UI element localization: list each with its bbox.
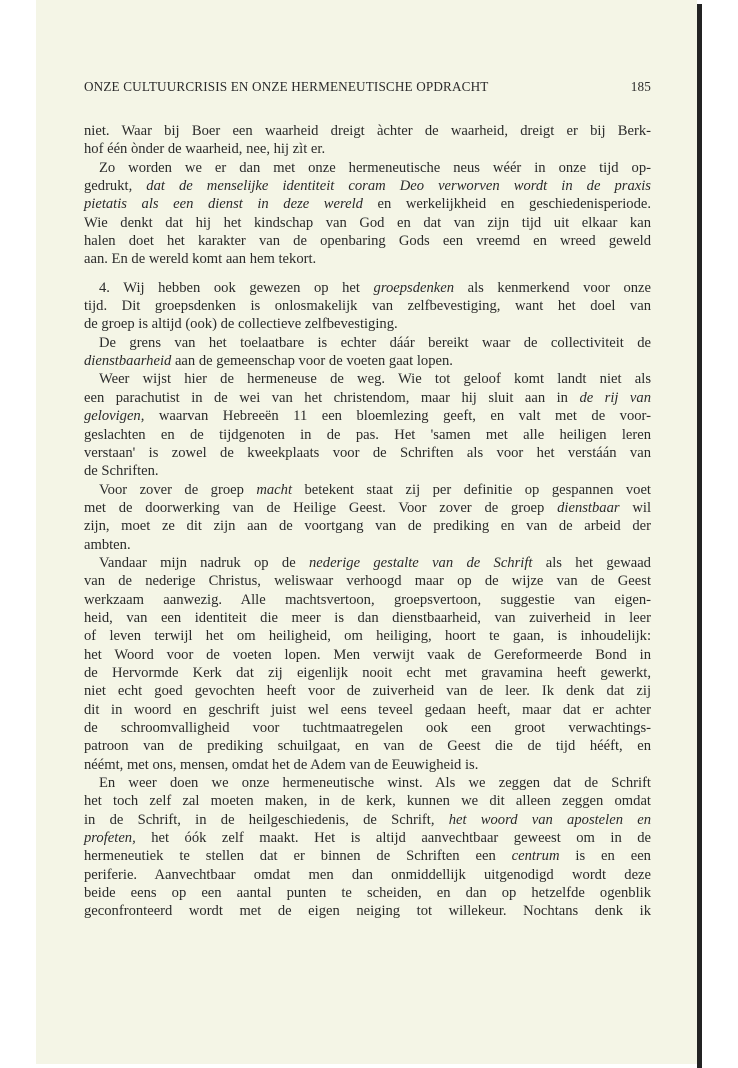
- text-line: aan. En de wereld komt aan hem tekort.: [84, 250, 651, 268]
- text-line: gedrukt, dat de menselijke identiteit co…: [84, 177, 651, 195]
- text-run: wil: [620, 500, 651, 516]
- text-run: Zo worden we er dan met onze hermeneutis…: [99, 160, 651, 176]
- text-run: waarvan Hebreeën 11 een bloemlezing geef…: [144, 408, 651, 424]
- text-run: het óók zelf maakt. Het is altijd aanvec…: [136, 830, 651, 846]
- text-line: zijn, moet ze dit zijn aan de voortgang …: [84, 517, 651, 535]
- text-run: en werkelijkheid en geschiedenisperiode.: [363, 196, 651, 212]
- text-run: niet echt goed gevochten heeft voor de z…: [84, 683, 651, 699]
- text-line: periferie. Aanvechtbaar omdat men dan on…: [84, 866, 651, 884]
- text-run: De grens van het toelaatbare is echter d…: [99, 335, 651, 351]
- text-line: hof één ònder de waarheid, nee, hij zìt …: [84, 140, 651, 158]
- text-run: met de doorwerking van de Heilige Geest.…: [84, 500, 557, 516]
- text-run: de groep is altijd (ook) de collectieve …: [84, 316, 398, 332]
- body-text: niet. Waar bij Boer een waarheid dreigt …: [84, 122, 651, 921]
- book-spine-edge: [697, 4, 702, 1068]
- text-line: dit in woord en geschrift juist wel eens…: [84, 701, 651, 719]
- text-line: Weer wijst hier de hermeneuse de weg. Wi…: [84, 370, 651, 388]
- italic-text: dat de menselijke identiteit coram Deo v…: [146, 178, 651, 194]
- text-line: ambten.: [84, 536, 651, 554]
- text-run: geslachten en de tijdgenoten in de pas. …: [84, 427, 651, 443]
- text-run: dit in woord en geschrift juist wel eens…: [84, 702, 651, 718]
- text-run: tijd. Dit groepsdenken is onlosmakelijk …: [84, 298, 651, 314]
- running-head: ONZE CULTUURCRISIS EN ONZE HERMENEUTISCH…: [84, 79, 651, 95]
- text-run: hermeneutiek te stellen dat er binnen de…: [84, 848, 512, 864]
- text-line: geslachten en de tijdgenoten in de pas. …: [84, 426, 651, 444]
- text-line: van de nederige Christus, weliswaar verh…: [84, 572, 651, 590]
- text-line: de Schriften.: [84, 462, 651, 480]
- text-run: hof één ònder de waarheid, nee, hij zìt …: [84, 141, 325, 157]
- text-line: Vandaar mijn nadruk op de nederige gesta…: [84, 554, 651, 572]
- text-run: En weer doen we onze hermeneutische wins…: [99, 775, 651, 791]
- text-run: 4. Wij hebben ook gewezen op het: [99, 280, 374, 296]
- text-run: periferie. Aanvechtbaar omdat men dan on…: [84, 867, 651, 883]
- text-line: Wie denkt dat hij het kindschap van God …: [84, 214, 651, 232]
- text-line: Zo worden we er dan met onze hermeneutis…: [84, 159, 651, 177]
- text-line: dienstbaarheid aan de gemeenschap voor d…: [84, 352, 651, 370]
- italic-text: gelovigen,: [84, 408, 144, 424]
- text-line: werkzaam aanwezig. Alle machtsvertoon, g…: [84, 591, 651, 609]
- text-run: beide eens op een aantal punten te schei…: [84, 885, 651, 901]
- text-run: het toch zelf zal moeten maken, in de ke…: [84, 793, 651, 809]
- text-line: verstaan' is zowel de kweekplaats voor d…: [84, 444, 651, 462]
- italic-text: dienstbaarheid: [84, 353, 171, 369]
- italic-text: pietatis als een dienst in deze wereld: [84, 196, 363, 212]
- italic-text: macht: [256, 482, 292, 498]
- text-line: het toch zelf zal moeten maken, in de ke…: [84, 792, 651, 810]
- text-line: de Hervormde Kerk dat zij eigenlijk nooi…: [84, 664, 651, 682]
- text-run: de Schriften.: [84, 463, 159, 479]
- italic-text: profeten,: [84, 830, 136, 846]
- text-line: néémt, met ons, mensen, omdat het de Ade…: [84, 756, 651, 774]
- text-run: betekent staat zij per definitie op gesp…: [292, 482, 651, 498]
- text-run: als kenmerkend voor onze: [454, 280, 651, 296]
- text-run: Wie denkt dat hij het kindschap van God …: [84, 215, 651, 231]
- text-run: verstaan' is zowel de kweekplaats voor d…: [84, 445, 651, 461]
- text-run: Vandaar mijn nadruk op de: [99, 555, 309, 571]
- italic-text: het woord van apostelen en: [449, 812, 651, 828]
- text-run: néémt, met ons, mensen, omdat het de Ade…: [84, 757, 478, 773]
- text-run: Weer wijst hier de hermeneuse de weg. Wi…: [99, 371, 651, 387]
- text-run: niet. Waar bij Boer een waarheid dreigt …: [84, 123, 651, 139]
- italic-text: groepsdenken: [374, 280, 455, 296]
- text-line: heid, van een identiteit die meer is dan…: [84, 609, 651, 627]
- text-run: aan. En de wereld komt aan hem tekort.: [84, 251, 316, 267]
- text-run: is en een: [559, 848, 651, 864]
- text-run: geconfronteerd wordt met de eigen neigin…: [84, 903, 651, 919]
- italic-text: de rij van: [579, 390, 651, 406]
- text-run: aan de gemeenschap voor de voeten gaat l…: [171, 353, 453, 369]
- page-number: 185: [631, 79, 651, 95]
- text-line: En weer doen we onze hermeneutische wins…: [84, 774, 651, 792]
- text-run: of leven terwijl het om heiligheid, om h…: [84, 628, 651, 644]
- text-line: gelovigen, waarvan Hebreeën 11 een bloem…: [84, 407, 651, 425]
- text-line: hermeneutiek te stellen dat er binnen de…: [84, 847, 651, 865]
- text-run: patroon van de prediking schuilgaat, en …: [84, 738, 651, 754]
- text-line: halen doet het karakter van de openbarin…: [84, 232, 651, 250]
- text-run: de schroomvalligheid voor tuchtmaatregel…: [84, 720, 651, 736]
- text-line: profeten, het óók zelf maakt. Het is alt…: [84, 829, 651, 847]
- text-line: pietatis als een dienst in deze wereld e…: [84, 195, 651, 213]
- text-run: van de nederige Christus, weliswaar verh…: [84, 573, 651, 589]
- text-line: niet. Waar bij Boer een waarheid dreigt …: [84, 122, 651, 140]
- text-run: ambten.: [84, 537, 131, 553]
- text-run: het Woord voor de voeten lopen. Men verw…: [84, 647, 651, 663]
- text-line: in de Schrift, in de heilgeschiedenis, d…: [84, 811, 651, 829]
- text-run: werkzaam aanwezig. Alle machtsvertoon, g…: [84, 592, 651, 608]
- text-run: heid, van een identiteit die meer is dan…: [84, 610, 651, 626]
- text-line: De grens van het toelaatbare is echter d…: [84, 334, 651, 352]
- text-run: de Hervormde Kerk dat zij eigenlijk nooi…: [84, 665, 651, 681]
- text-run: als het gewaad: [532, 555, 651, 571]
- text-run: gedrukt,: [84, 178, 146, 194]
- text-line: niet echt goed gevochten heeft voor de z…: [84, 682, 651, 700]
- italic-text: dienstbaar: [557, 500, 619, 516]
- text-line: met de doorwerking van de Heilige Geest.…: [84, 499, 651, 517]
- text-line: de schroomvalligheid voor tuchtmaatregel…: [84, 719, 651, 737]
- text-line: beide eens op een aantal punten te schei…: [84, 884, 651, 902]
- text-run: een parachutist in de wei van het christ…: [84, 390, 579, 406]
- text-line: patroon van de prediking schuilgaat, en …: [84, 737, 651, 755]
- text-line: de groep is altijd (ook) de collectieve …: [84, 315, 651, 333]
- text-line: 4. Wij hebben ook gewezen op het groepsd…: [84, 279, 651, 297]
- text-run: Voor zover de groep: [99, 482, 256, 498]
- text-run: halen doet het karakter van de openbarin…: [84, 233, 651, 249]
- text-line: geconfronteerd wordt met de eigen neigin…: [84, 902, 651, 920]
- text-run: zijn, moet ze dit zijn aan de voortgang …: [84, 518, 651, 534]
- italic-text: centrum: [512, 848, 560, 864]
- italic-text: nederige gestalte van de Schrift: [309, 555, 532, 571]
- text-line: tijd. Dit groepsdenken is onlosmakelijk …: [84, 297, 651, 315]
- text-run: in de Schrift, in de heilgeschiedenis, d…: [84, 812, 449, 828]
- text-line: Voor zover de groep macht betekent staat…: [84, 481, 651, 499]
- text-line: of leven terwijl het om heiligheid, om h…: [84, 627, 651, 645]
- running-title: ONZE CULTUURCRISIS EN ONZE HERMENEUTISCH…: [84, 79, 488, 94]
- text-line: een parachutist in de wei van het christ…: [84, 389, 651, 407]
- text-line: het Woord voor de voeten lopen. Men verw…: [84, 646, 651, 664]
